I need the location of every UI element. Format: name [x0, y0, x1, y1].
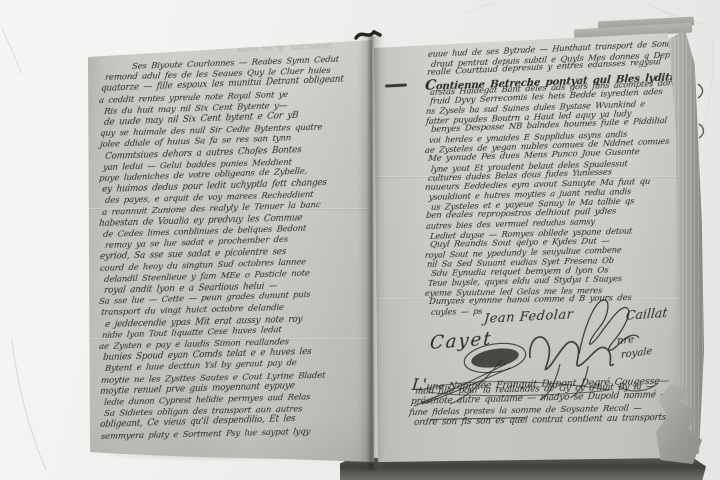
- manuscript-line: ordre son fis son es quel contrat contie…: [413, 414, 666, 428]
- manuscript-photo: Sénéchal⚜de Dras Ses Biyoute Courlonnes …: [0, 0, 720, 480]
- manuscript-line: cuyles — ps: [430, 307, 482, 316]
- left-page: Sénéchal⚜de Dras Ses Biyoute Courlonnes …: [84, 38, 376, 466]
- ink-smudge: [385, 83, 407, 87]
- fore-edge-ink-marks: [694, 80, 710, 144]
- right-page: euue hud de ses Bytrade — Hunthaut trans…: [370, 26, 682, 467]
- gutter-shadow: [358, 36, 386, 470]
- manuscript-line: semmyera platy e Sortment Psy lue saypat…: [100, 428, 310, 442]
- binding-clasp: [353, 26, 383, 44]
